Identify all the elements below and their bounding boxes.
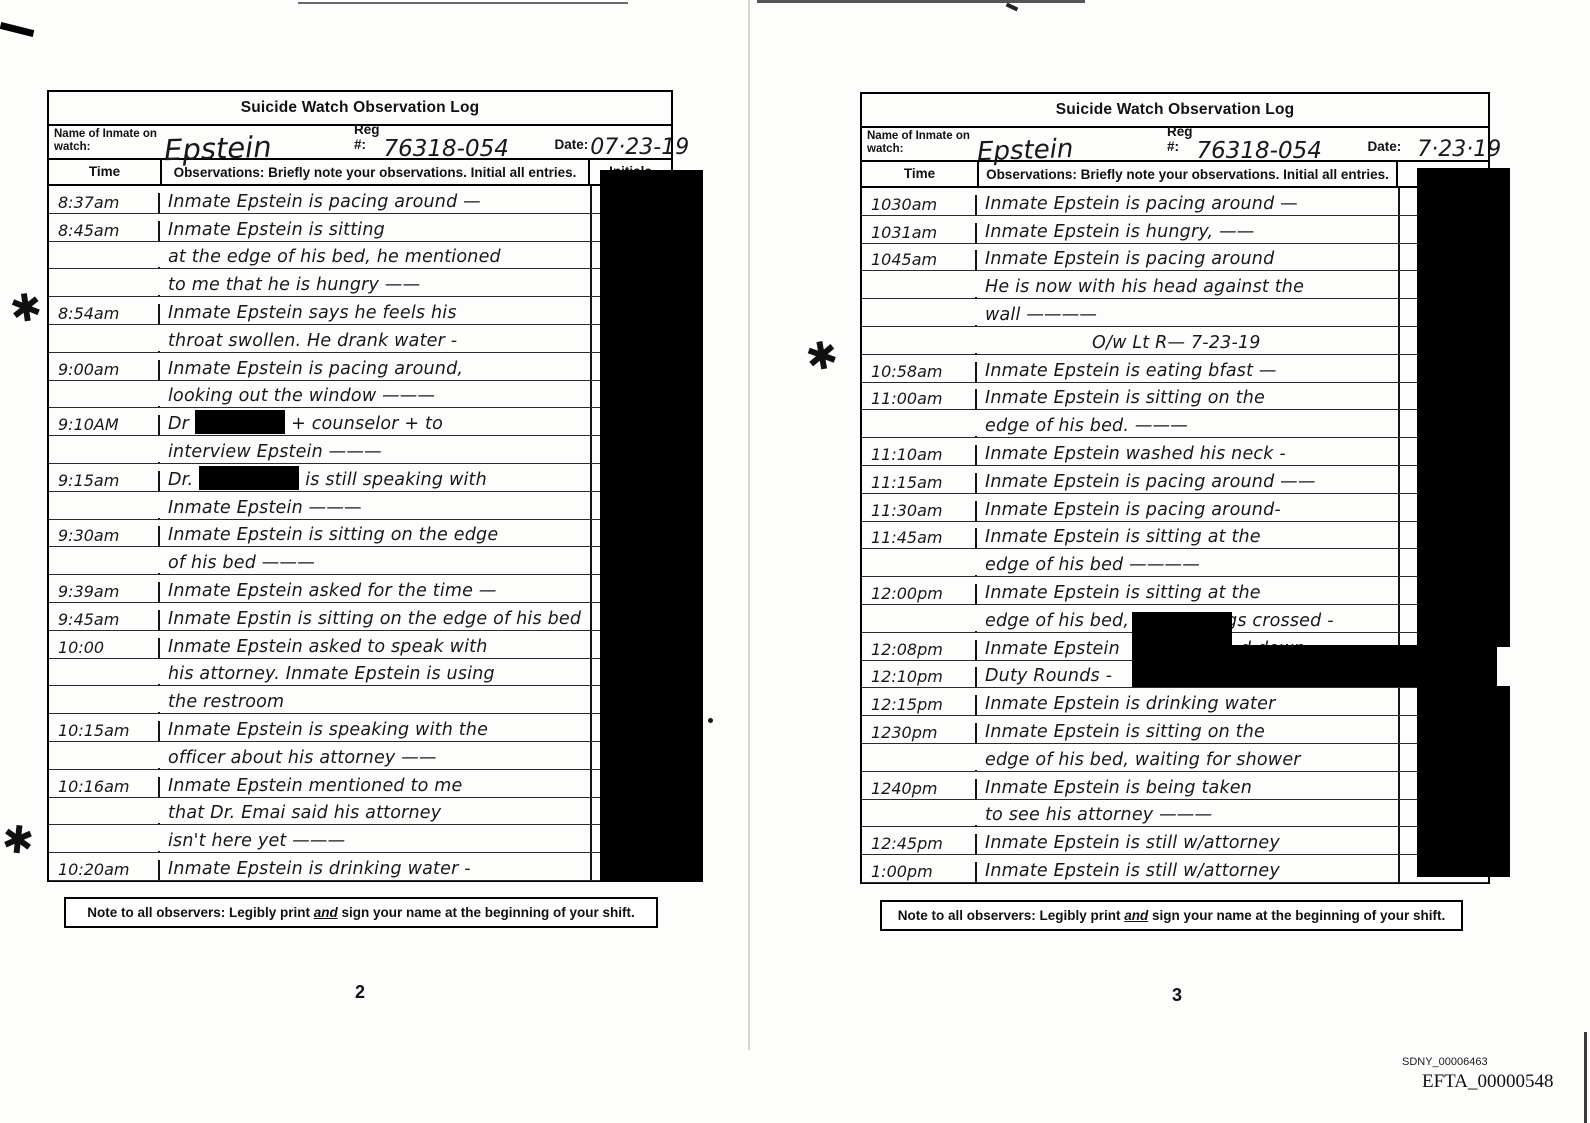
observation-cell: Inmate Epstein asked to speak with [160,636,590,658]
scan-artifact [708,718,713,723]
scan-artifact [0,22,34,37]
observation-cell: Dr+ counselor + to [160,410,590,435]
observation-cell: Inmate Epstein is sitting on the edge [160,524,590,546]
observation-text: Inmate Epstein asked to speak with [168,637,488,657]
time-cell: 12:15pm [862,695,977,715]
time-cell [862,353,977,354]
observation-cell: Inmate Epstein says he feels his [160,302,590,324]
observation-text: He is now with his head against the [985,277,1304,297]
observation-text: Inmate Epstein mentioned to me [168,776,462,796]
observation-text: Inmate Epstein is still w/attorney [985,833,1280,853]
time-cell [49,406,160,407]
note-text: Note to all observers: Legibly print [898,908,1125,923]
observer-note-box: Note to all observers: Legibly print and… [880,900,1463,931]
scan-artifact [1584,1032,1587,1123]
observation-cell: Inmate Epstein is sitting at the [977,582,1398,604]
time-cell [862,770,977,771]
time-cell: 1240pm [862,779,977,799]
observation-text: Inmate Epstein is sitting at the [985,583,1261,603]
time-cell: 9:39am [49,582,160,602]
redaction-block [1132,612,1232,648]
observation-text: Inmate Epstein [985,639,1120,659]
redaction-block [1417,686,1510,877]
observation-text: Dr. [168,470,193,490]
log-row: 12:00pmInmate Epstein is sitting at the [862,577,1488,605]
log-row: 11:00amInmate Epstein is sitting on the [862,383,1488,411]
form-meta-row: Name of Inmate on watch: Epstein Reg #: … [49,126,671,160]
observation-text: Inmate Epstein is pacing around, [168,359,463,379]
time-cell: 1031am [862,223,977,243]
observation-cell: O/w Lt R— 7-23-19 [977,332,1398,354]
log-row: Inmate Epstein ——— [49,492,671,520]
column-headers: Time Observations: Briefly note your obs… [862,162,1488,188]
log-rows: 1030amInmate Epstein is pacing around —1… [862,188,1488,883]
observation-text: Inmate Epstein washed his neck - [985,444,1286,464]
time-cell: 10:16am [49,777,160,797]
observation-text: edge of his bed, waiting for shower [985,750,1301,770]
time-cell [49,462,160,463]
date-label: Date: [555,137,589,152]
log-row: 9:00amInmate Epstein is pacing around, [49,353,671,381]
observation-text: Inmate Epstein asked for the time — [168,581,497,601]
time-cell: 11:10am [862,445,977,465]
observation-cell: to me that he is hungry —— [160,274,590,296]
observation-cell: Inmate Epstein is pacing around —— [977,471,1398,493]
log-row: 1045amInmate Epstein is pacing around [862,244,1488,272]
log-row: O/w Lt R— 7-23-19 [862,327,1488,355]
observation-cell: Inmate Epstein is hungry, —— [977,221,1398,243]
observation-text: Inmate Epstein is sitting [168,220,385,240]
observation-cell: Inmate Epstein washed his neck - [977,443,1398,465]
log-row: 9:39amInmate Epstein asked for the time … [49,575,671,603]
observation-text: edge of his bed. ——— [985,416,1188,436]
log-row: edge of his bed, waiting for shower [862,744,1488,772]
log-row: to me that he is hungry —— [49,269,671,297]
observation-cell: of his bed ——— [160,552,590,574]
reg-label: Reg #: [1167,124,1193,154]
time-cell: 12:45pm [862,834,977,854]
form-title: Suicide Watch Observation Log [862,94,1488,128]
inmate-name-label: Name of Inmate on watch: [862,128,973,158]
observation-log-form-page3: Suicide Watch Observation Log Name of In… [860,92,1490,884]
time-cell: 1230pm [862,723,977,743]
observation-cell: Inmate Epstein is sitting [160,219,590,241]
log-row: that Dr. Emai said his attorney [49,798,671,826]
observation-text: Inmate Epstein is being taken [985,778,1252,798]
time-cell: 12:08pm [862,640,977,660]
margin-asterisk: ✱ [0,816,36,863]
bates-number-efta: EFTA_00000548 [1422,1071,1553,1093]
time-cell [862,325,977,326]
time-cell: 8:37am [49,193,160,213]
redaction-inline [195,410,285,434]
time-cell [862,825,977,826]
log-row: 8:54amInmate Epstein says he feels his [49,297,671,325]
log-row: 8:37amInmate Epstein is pacing around — [49,186,671,214]
scan-artifact [757,0,1085,3]
inmate-name-label: Name of Inmate on watch: [49,126,160,156]
log-row: edge of his bed ———— [862,549,1488,577]
observation-text: isn't here yet ——— [168,831,345,851]
time-cell [49,267,160,268]
observation-text: at the edge of his bed, he mentioned [168,247,501,267]
time-cell: 9:15am [49,471,160,491]
observation-cell: Inmate Epstein is pacing around, [160,358,590,380]
column-headers: Time Observations: Briefly note your obs… [49,160,671,186]
observation-cell: Inmate Epstein is still w/attorney [977,832,1398,854]
observation-cell: interview Epstein ——— [160,441,590,463]
observation-text: looking out the window ——— [168,386,435,406]
observation-text: Inmate Epstein is sitting on the [985,388,1265,408]
note-text: sign your name at the beginning of your … [1148,908,1445,923]
observation-text: Duty Rounds - [985,666,1112,686]
observation-text: Inmate Epstein says he feels his [168,303,457,323]
observation-cell: Dr.is still speaking with [160,466,590,491]
time-cell: 9:45am [49,610,160,630]
log-row: 10:58amInmate Epstein is eating bfast — [862,355,1488,383]
log-row: 8:45amInmate Epstein is sitting [49,214,671,242]
log-row: 1:00pmInmate Epstein is still w/attorney [862,855,1488,883]
redaction-block [1132,645,1497,687]
log-row: 10:00Inmate Epstein asked to speak with [49,631,671,659]
time-cell: 1030am [862,195,977,215]
observation-text: officer about his attorney —— [168,748,437,768]
observation-cell: Inmate Epstein is pacing around — [160,191,590,213]
observation-text: his attorney. Inmate Epstein is using [168,664,495,684]
observation-cell: Inmate Epstein is pacing around- [977,499,1398,521]
observation-text: Inmate Epstein ——— [168,498,362,518]
observation-cell: at the edge of his bed, he mentioned [160,246,590,268]
observation-cell: to see his attorney ——— [977,804,1398,826]
observation-cell: Inmate Epstein mentioned to me [160,775,590,797]
log-row: 12:45pmInmate Epstein is still w/attorne… [862,827,1488,855]
observation-text: Inmate Epstein is pacing around — [168,192,481,212]
observation-cell: Inmate Epstein is speaking with the [160,719,590,741]
margin-asterisk: ✱ [7,284,45,332]
observation-text: Inmate Epstin is sitting on the edge of … [168,609,581,629]
time-cell [49,351,160,352]
observation-cell: his attorney. Inmate Epstein is using [160,663,590,685]
observation-text: Inmate Epstein is speaking with the [168,720,488,740]
time-cell [49,768,160,769]
observation-text: Dr [168,414,189,434]
time-cell [49,573,160,574]
log-row: 11:30amInmate Epstein is pacing around- [862,494,1488,522]
time-cell: 9:10AM [49,415,160,435]
time-cell: 9:30am [49,526,160,546]
time-cell: 12:10pm [862,667,977,687]
date-value: 07·23-19 [590,138,689,158]
log-row: edge of his bed. ——— [862,410,1488,438]
observation-text: + counselor + to [291,414,443,434]
log-row: 10:20amInmate Epstein is drinking water … [49,853,671,881]
time-cell: 11:15am [862,473,977,493]
time-cell: 8:45am [49,221,160,241]
observation-text: Inmate Epstein is eating bfast — [985,361,1277,381]
scan-artifact [1006,3,1019,12]
observation-text: Inmate Epstein is drinking water - [168,859,471,879]
observation-cell: that Dr. Emai said his attorney [160,802,590,824]
note-text: sign your name at the beginning of your … [338,905,635,920]
log-row: wall ———— [862,299,1488,327]
log-row: interview Epstein ——— [49,436,671,464]
time-cell: 10:20am [49,860,160,880]
observation-text: of his bed ——— [168,553,315,573]
time-cell [49,851,160,852]
observation-log-form-page2: Suicide Watch Observation Log Name of In… [47,90,673,882]
observation-cell: Inmate Epstein is being taken [977,777,1398,799]
observation-cell: edge of his bed. ——— [977,415,1398,437]
note-emphasis: and [314,905,338,920]
observation-cell: isn't here yet ——— [160,830,590,852]
time-cell: 10:58am [862,362,977,382]
observation-cell: edge of his bed, waiting for shower [977,749,1398,771]
observation-text: Inmate Epstein is pacing around —— [985,472,1316,492]
observation-cell: officer about his attorney —— [160,747,590,769]
log-row: He is now with his head against the [862,271,1488,299]
log-row: 12:15pmInmate Epstein is drinking water [862,688,1488,716]
time-cell: 8:54am [49,304,160,324]
observation-text: Inmate Epstein is pacing around [985,249,1274,269]
time-cell: 1:00pm [862,862,977,882]
log-row: the restroom [49,686,671,714]
time-cell [49,684,160,685]
log-row: 9:30amInmate Epstein is sitting on the e… [49,520,671,548]
observation-text: Inmate Epstein is sitting at the [985,527,1261,547]
reg-value: 76318-054 [384,139,549,159]
observations-column-header: Observations: Briefly note your observat… [162,165,588,180]
observation-cell: throat swollen. He drank water - [160,330,590,352]
log-row: 10:15amInmate Epstein is speaking with t… [49,714,671,742]
observation-text: the restroom [168,692,284,712]
observation-cell: Inmate Epstein is sitting at the [977,526,1398,548]
time-column-header: Time [862,162,979,186]
scanned-document: Suicide Watch Observation Log Name of In… [0,0,1590,1123]
observation-cell: Inmate Epstein asked for the time — [160,580,590,602]
time-cell: 11:45am [862,528,977,548]
log-rows: 8:37amInmate Epstein is pacing around —8… [49,186,671,881]
time-cell [49,712,160,713]
observation-cell: Inmate Epstein is pacing around [977,248,1398,270]
log-row: 10:16amInmate Epstein mentioned to me [49,770,671,798]
log-row: 9:15amDr.is still speaking with [49,464,671,492]
form-meta-row: Name of Inmate on watch: Epstein Reg #: … [862,128,1488,162]
observation-text: Inmate Epstein is drinking water [985,694,1275,714]
observation-cell: looking out the window ——— [160,385,590,407]
observation-text: edge of his bed ———— [985,555,1200,575]
inmate-name-value: Epstein [164,131,355,164]
note-emphasis: and [1124,908,1148,923]
observation-text: interview Epstein ——— [168,442,382,462]
time-cell: 9:00am [49,360,160,380]
log-row: officer about his attorney —— [49,742,671,770]
time-cell: 11:00am [862,389,977,409]
log-row: isn't here yet ——— [49,825,671,853]
observation-text: is still speaking with [305,470,487,490]
time-cell [862,575,977,576]
observation-cell: Inmate Epstein is drinking water [977,693,1398,715]
time-cell [49,295,160,296]
redaction-block [600,170,703,882]
page-number: 2 [355,982,365,1003]
note-text: Note to all observers: Legibly print [87,905,314,920]
time-cell: 1045am [862,250,977,270]
bates-number-sdny: SDNY_00006463 [1402,1056,1488,1068]
observation-text: to see his attorney ——— [985,805,1212,825]
date-value: 7·23·19 [1417,140,1501,160]
log-row: throat swollen. He drank water - [49,325,671,353]
observation-cell: Inmate Epstein is eating bfast — [977,360,1398,382]
time-cell: 10:00 [49,638,160,658]
observation-text: Inmate Epstein is still w/attorney [985,861,1280,881]
date-label: Date: [1368,139,1402,154]
observation-text: Inmate Epstein is sitting on the [985,722,1265,742]
observation-text: wall ———— [985,305,1097,325]
observation-text: throat swollen. He drank water - [168,331,457,351]
margin-asterisk: ✱ [802,332,841,381]
log-row: 1030amInmate Epstein is pacing around — [862,188,1488,216]
observation-text: Inmate Epstein is pacing around — [985,194,1298,214]
reg-value: 76318-054 [1197,141,1362,161]
observation-cell: Inmate Epstein is drinking water - [160,858,590,880]
time-cell: 10:15am [49,721,160,741]
time-cell [49,518,160,519]
time-cell: 12:00pm [862,584,977,604]
reg-label: Reg #: [354,122,380,152]
form-title: Suicide Watch Observation Log [49,92,671,126]
observer-note-box: Note to all observers: Legibly print and… [64,897,658,928]
observation-text: Inmate Epstein is sitting on the edge [168,525,498,545]
page-fold-line [748,0,750,1050]
scan-artifact [298,2,628,4]
time-cell: 11:30am [862,501,977,521]
observation-cell: Inmate Epstein is sitting on the [977,387,1398,409]
observation-cell: Inmate Epstein ——— [160,497,590,519]
observation-text: that Dr. Emai said his attorney [168,803,441,823]
observation-cell: wall ———— [977,304,1398,326]
log-row: 11:10amInmate Epstein washed his neck - [862,438,1488,466]
observation-cell: He is now with his head against the [977,276,1398,298]
time-cell [49,823,160,824]
log-row: looking out the window ——— [49,381,671,409]
observations-column-header: Observations: Briefly note your observat… [979,167,1396,182]
observation-cell: Inmate Epstein is pacing around — [977,193,1398,215]
log-row: 11:15amInmate Epstein is pacing around —… [862,466,1488,494]
log-row: 1240pmInmate Epstein is being taken [862,772,1488,800]
observation-cell: the restroom [160,691,590,713]
log-row: 11:45amInmate Epstein is sitting at the [862,522,1488,550]
observation-text: Inmate Epstein is pacing around- [985,500,1281,520]
time-cell [862,631,977,632]
log-row: his attorney. Inmate Epstein is using [49,659,671,687]
redaction-inline [199,466,299,490]
inmate-name-value: Epstein [977,133,1168,166]
observation-text: to me that he is hungry —— [168,275,420,295]
observation-cell: edge of his bed ———— [977,554,1398,576]
log-row: 9:45amInmate Epstin is sitting on the ed… [49,603,671,631]
log-row: 1230pmInmate Epstein is sitting on the [862,716,1488,744]
log-row: to see his attorney ——— [862,800,1488,828]
observation-cell: Inmate Epstein is sitting on the [977,721,1398,743]
log-row: of his bed ——— [49,547,671,575]
time-column-header: Time [49,160,162,184]
page-number: 3 [1172,985,1182,1006]
log-row: 9:10AMDr+ counselor + to [49,408,671,436]
time-cell [862,297,977,298]
redaction-block [1417,168,1510,647]
log-row: 1031amInmate Epstein is hungry, —— [862,216,1488,244]
observation-text: O/w Lt R— 7-23-19 [1092,333,1261,353]
observation-cell: Inmate Epstein is still w/attorney [977,860,1398,882]
observation-text: Inmate Epstein is hungry, —— [985,222,1254,242]
log-row: at the edge of his bed, he mentioned [49,242,671,270]
observation-cell: Inmate Epstin is sitting on the edge of … [160,608,590,630]
time-cell [862,436,977,437]
